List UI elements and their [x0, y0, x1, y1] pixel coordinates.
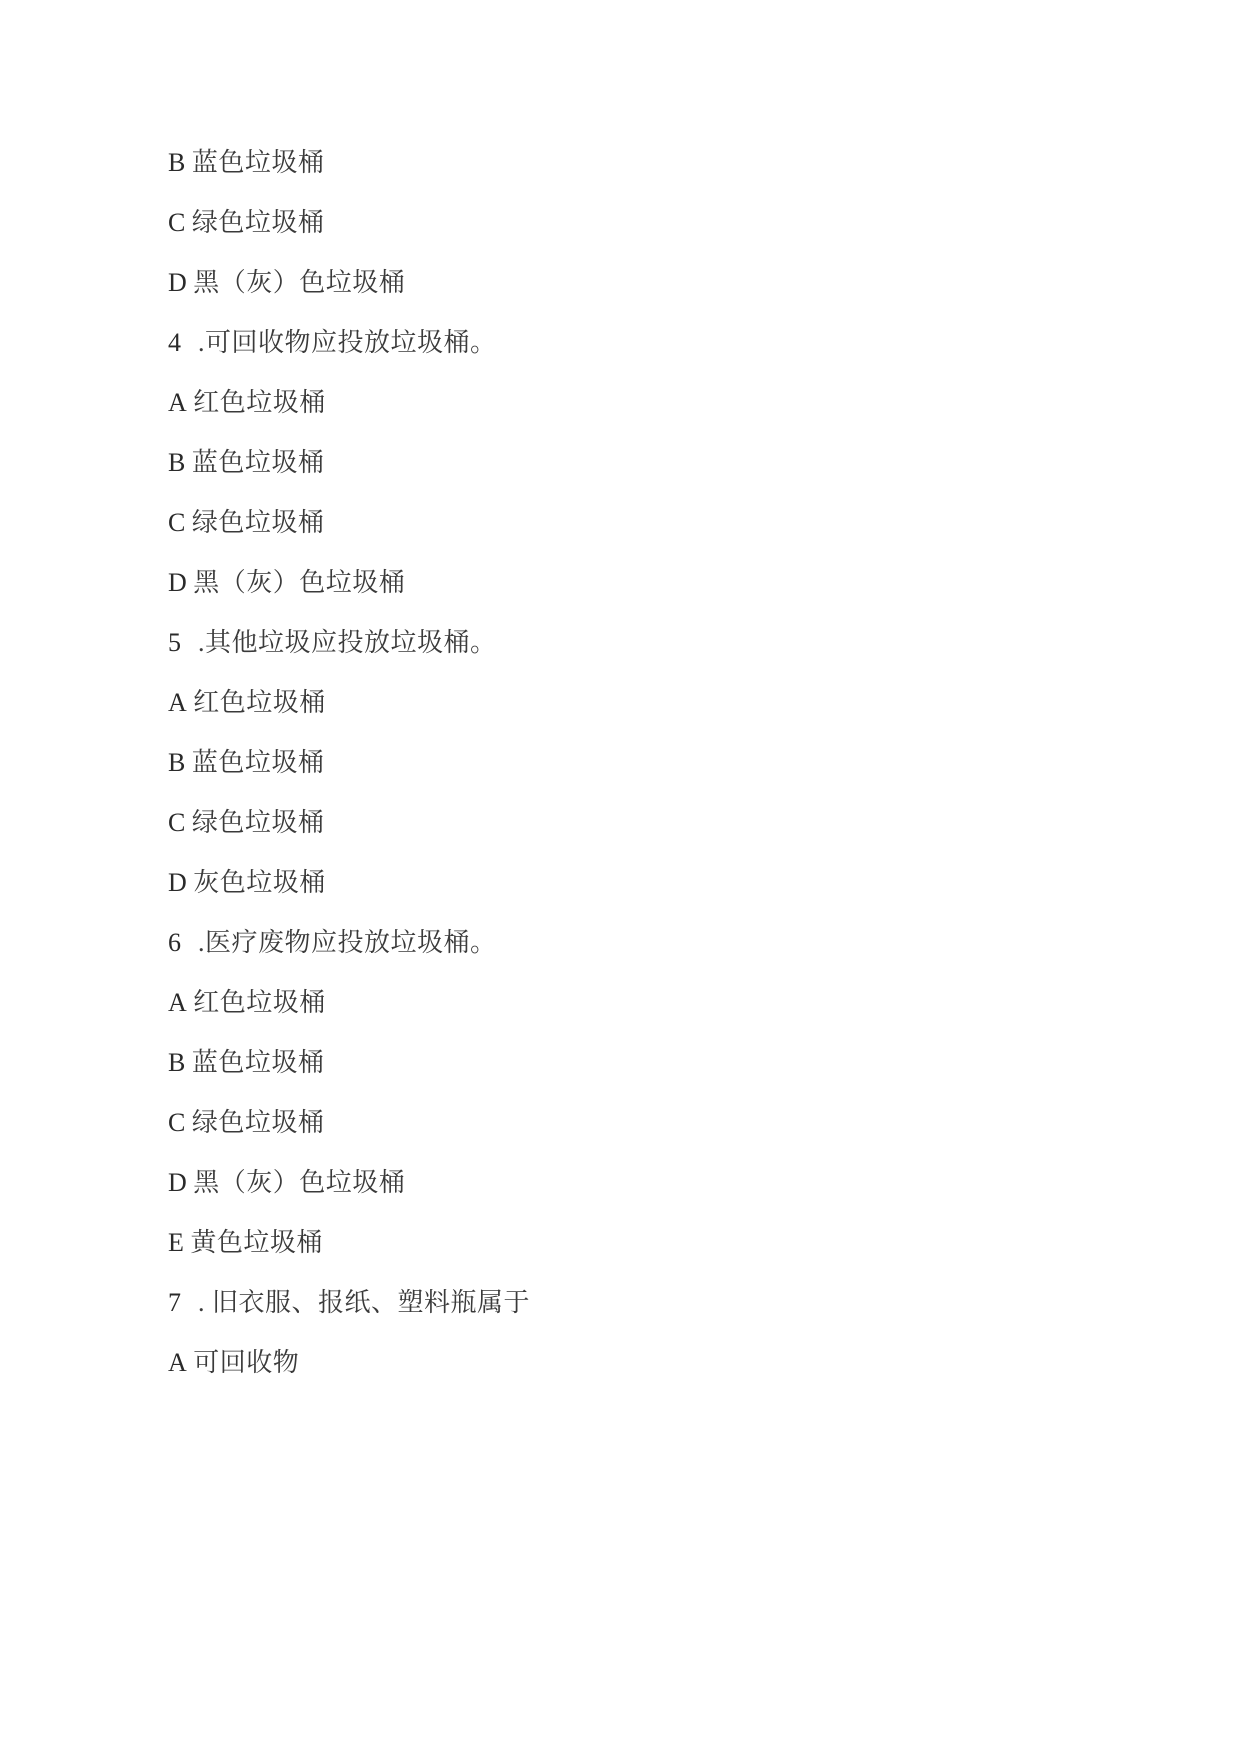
option-text: 绿色垃圾桶 [192, 808, 325, 837]
option-letter: C [168, 203, 186, 243]
option-letter: B [168, 143, 186, 183]
question-line: 4.可回收物应投放垃圾桶。 [168, 323, 497, 363]
option-text: 红色垃圾桶 [193, 988, 326, 1017]
option-line: D黑（灰）色垃圾桶 [168, 563, 405, 603]
question-number: 5 [168, 623, 198, 663]
option-text: 灰色垃圾桶 [193, 868, 326, 897]
option-letter: D [168, 863, 187, 903]
question-text: .可回收物应投放垃圾桶。 [198, 328, 497, 357]
option-text: 红色垃圾桶 [193, 388, 326, 417]
option-letter: A [168, 983, 187, 1023]
option-letter: A [168, 1343, 187, 1383]
question-text: .其他垃圾应投放垃圾桶。 [198, 628, 497, 657]
option-text: 黑（灰）色垃圾桶 [193, 268, 405, 297]
option-text: 红色垃圾桶 [193, 688, 326, 717]
option-line: D黑（灰）色垃圾桶 [168, 1163, 405, 1203]
document-page: B蓝色垃圾桶 C绿色垃圾桶 D黑（灰）色垃圾桶 4.可回收物应投放垃圾桶。 A红… [0, 0, 1239, 1754]
option-text: 蓝色垃圾桶 [192, 1048, 325, 1077]
option-line: A红色垃圾桶 [168, 983, 326, 1023]
option-text: 绿色垃圾桶 [192, 1108, 325, 1137]
option-letter: A [168, 683, 187, 723]
option-letter: D [168, 263, 187, 303]
question-number: 7 [168, 1283, 198, 1323]
question-number: 4 [168, 323, 198, 363]
option-line: B蓝色垃圾桶 [168, 143, 324, 183]
option-line: C绿色垃圾桶 [168, 503, 324, 543]
option-letter: B [168, 1043, 186, 1083]
option-line: A可回收物 [168, 1343, 299, 1383]
option-text: 绿色垃圾桶 [192, 508, 325, 537]
option-text: 蓝色垃圾桶 [192, 448, 325, 477]
option-text: 黄色垃圾桶 [190, 1228, 323, 1257]
option-text: 蓝色垃圾桶 [192, 748, 325, 777]
option-line: C绿色垃圾桶 [168, 1103, 324, 1143]
option-text: 可回收物 [193, 1348, 299, 1377]
option-letter: D [168, 1163, 187, 1203]
option-line: E黄色垃圾桶 [168, 1223, 323, 1263]
question-line: 6.医疗废物应投放垃圾桶。 [168, 923, 497, 963]
option-letter: C [168, 803, 186, 843]
option-line: C绿色垃圾桶 [168, 803, 324, 843]
question-number: 6 [168, 923, 198, 963]
option-line: B蓝色垃圾桶 [168, 443, 324, 483]
option-line: A红色垃圾桶 [168, 683, 326, 723]
question-text: . 旧衣服、报纸、塑料瓶属于 [198, 1288, 530, 1317]
option-letter: D [168, 563, 187, 603]
option-text: 蓝色垃圾桶 [192, 148, 325, 177]
option-letter: E [168, 1223, 184, 1263]
question-text: .医疗废物应投放垃圾桶。 [198, 928, 497, 957]
option-line: D灰色垃圾桶 [168, 863, 326, 903]
option-line: D黑（灰）色垃圾桶 [168, 263, 405, 303]
option-letter: B [168, 443, 186, 483]
option-text: 黑（灰）色垃圾桶 [193, 1168, 405, 1197]
option-letter: C [168, 1103, 186, 1143]
option-line: B蓝色垃圾桶 [168, 1043, 324, 1083]
option-line: C绿色垃圾桶 [168, 203, 324, 243]
question-line: 5.其他垃圾应投放垃圾桶。 [168, 623, 497, 663]
question-line: 7. 旧衣服、报纸、塑料瓶属于 [168, 1283, 530, 1323]
option-letter: B [168, 743, 186, 783]
option-letter: C [168, 503, 186, 543]
option-text: 绿色垃圾桶 [192, 208, 325, 237]
option-text: 黑（灰）色垃圾桶 [193, 568, 405, 597]
option-letter: A [168, 383, 187, 423]
option-line: B蓝色垃圾桶 [168, 743, 324, 783]
option-line: A红色垃圾桶 [168, 383, 326, 423]
